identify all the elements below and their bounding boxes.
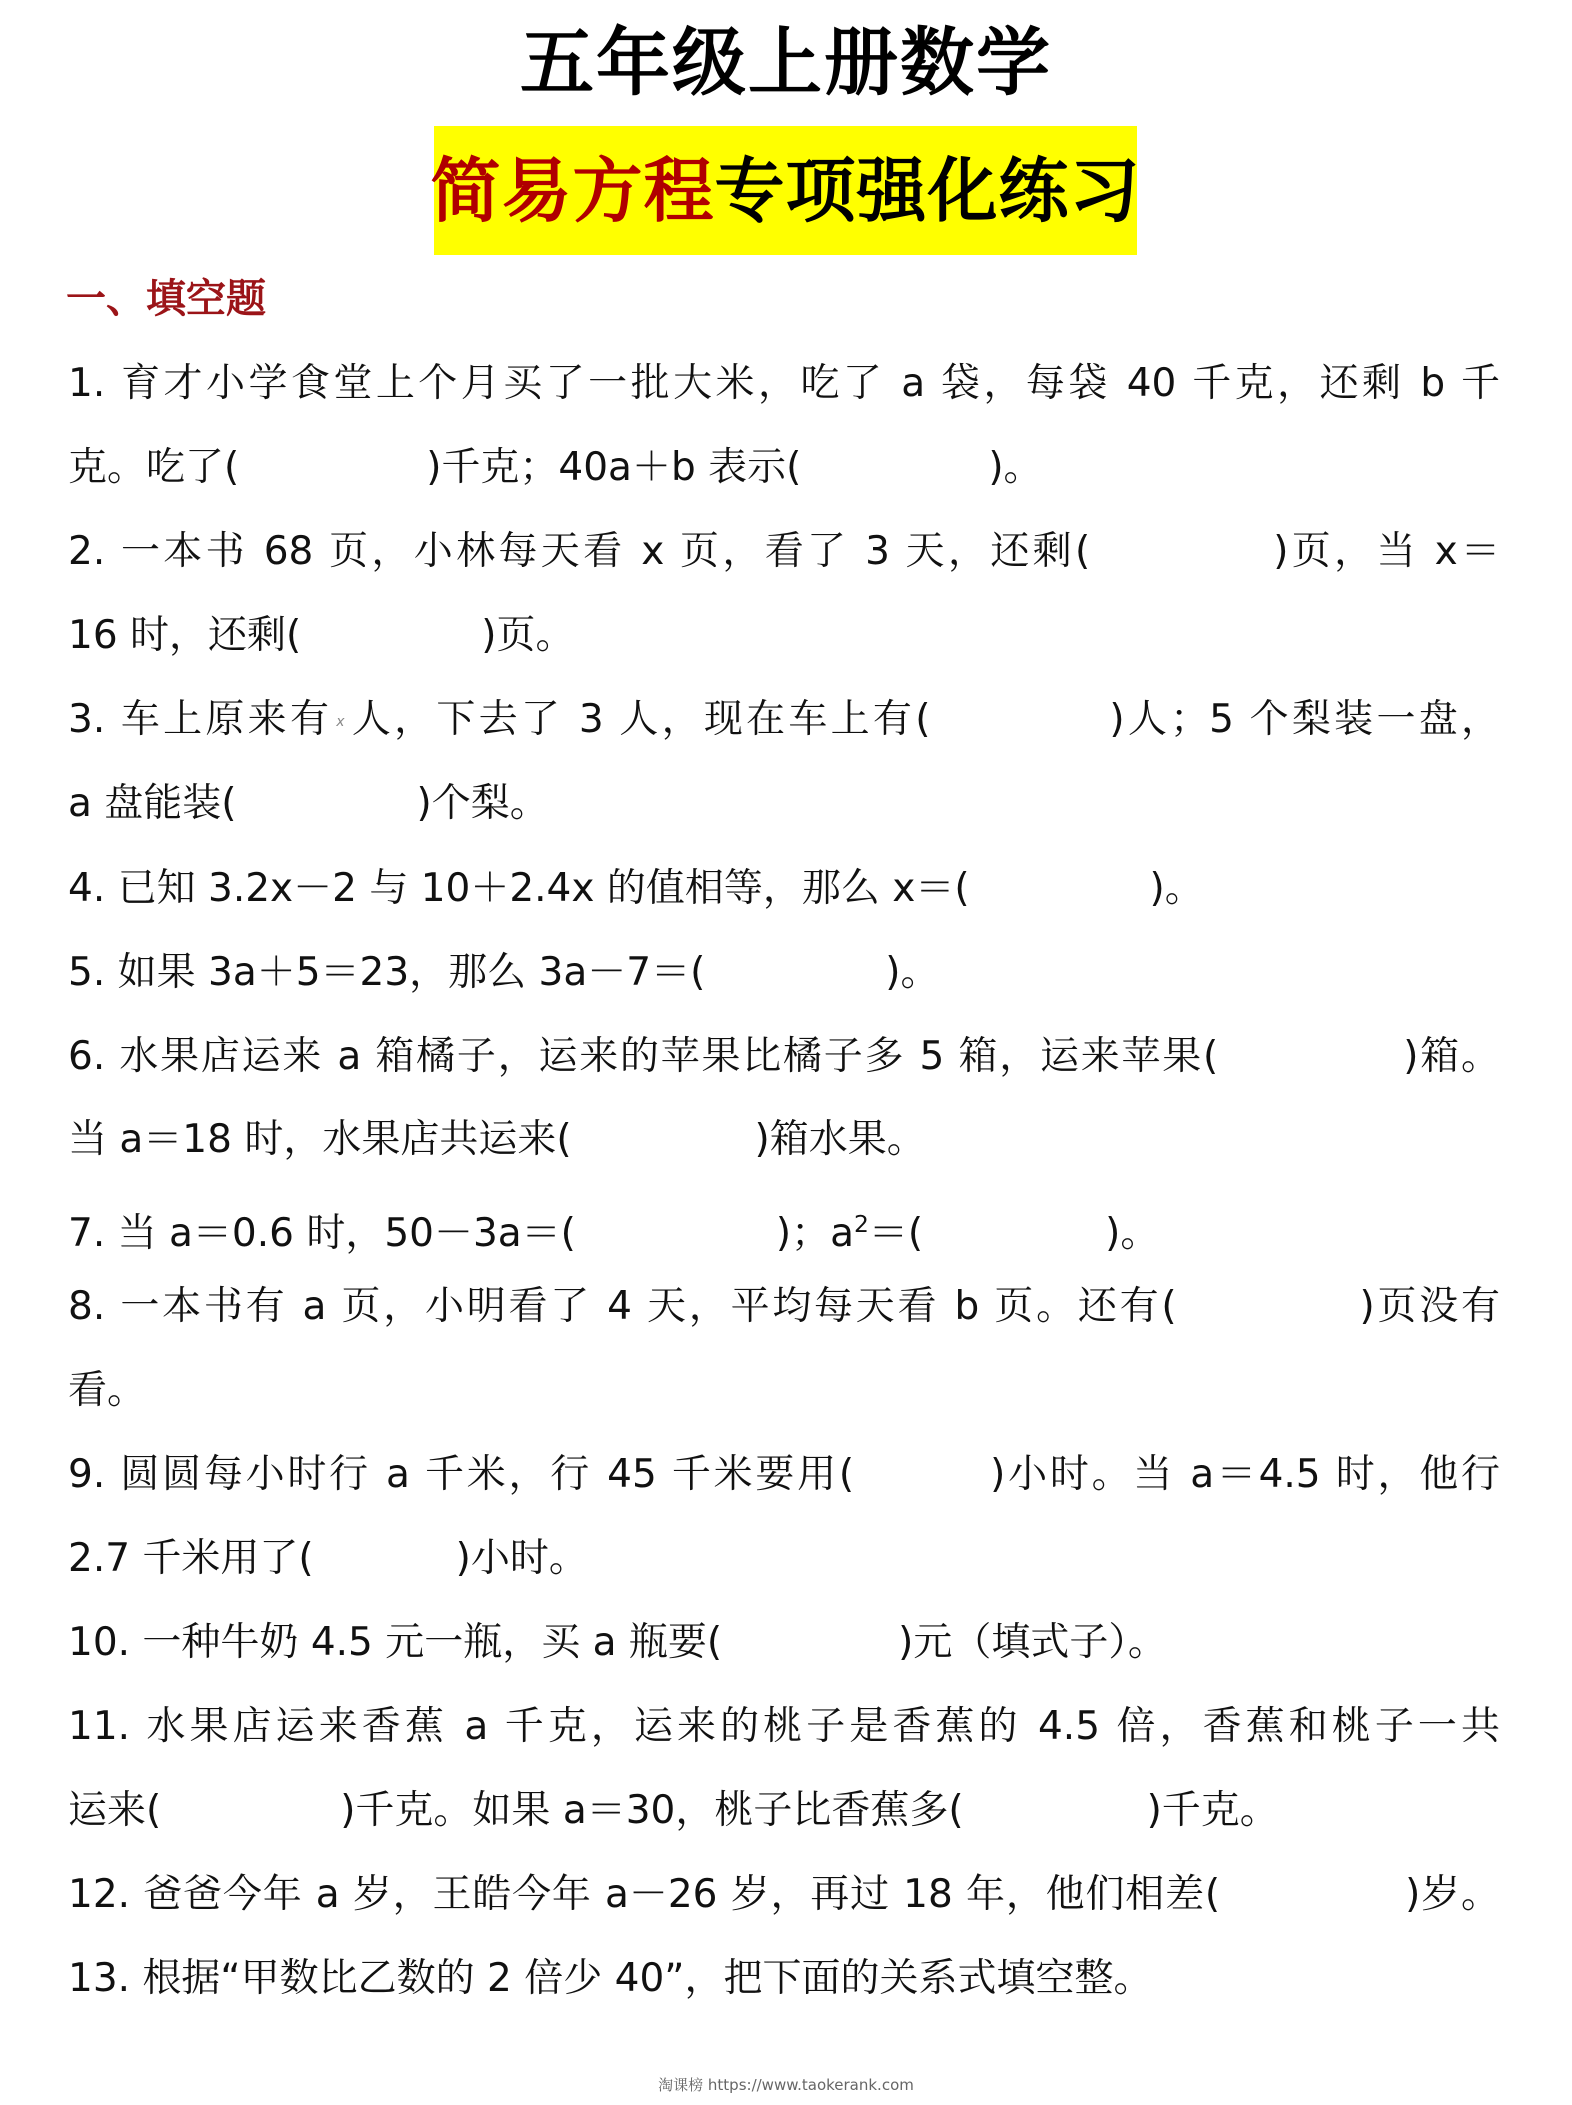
answer-blank[interactable] <box>705 975 885 985</box>
question-text: )千克。如果 a＝30，桃子比香蕉多( <box>340 1788 963 1833</box>
answer-blank[interactable] <box>722 1645 898 1655</box>
question-line: 5. 如果 3a＋5＝23，那么 3a－7＝()。 <box>68 945 1500 1001</box>
answer-blank[interactable] <box>1177 1309 1360 1319</box>
question-text: 6. 水果店运来 a 箱橘子，运来的苹果比橘子多 5 箱，运来苹果( <box>68 1034 1218 1079</box>
question-text: 9. 圆圆每小时行 a 千米，行 45 千米要用( <box>68 1452 854 1497</box>
answer-blank[interactable] <box>239 470 426 480</box>
question-text: ＝( <box>869 1211 923 1256</box>
question-text: 10. 一种牛奶 4.5 元一瓶，买 a 瓶要( <box>68 1620 722 1665</box>
question-text: )。 <box>1105 1211 1159 1256</box>
question-text: )小时。 <box>456 1536 588 1581</box>
question-text: )箱水果。 <box>755 1117 926 1162</box>
question-text: 1. 育才小学食堂上个月买了一批大米，吃了 a 袋，每袋 40 千克，还剩 b … <box>68 361 1500 406</box>
answer-blank[interactable] <box>576 1236 776 1246</box>
question-text: )小时。当 a＝4.5 时，他行 <box>990 1452 1500 1497</box>
question-text: )元（填式子）。 <box>898 1620 1167 1665</box>
question-line: 8. 一本书有 a 页，小明看了 4 天，平均每天看 b 页。还有()页没有 <box>68 1279 1500 1335</box>
answer-blank[interactable] <box>970 891 1150 901</box>
question-text: 当 a＝18 时，水果店共运来( <box>68 1117 572 1162</box>
question-text: 4. 已知 3.2x－2 与 10＋2.4x 的值相等，那么 x＝( <box>68 866 970 911</box>
answer-blank[interactable] <box>923 1236 1105 1246</box>
answer-blank[interactable] <box>801 470 988 480</box>
question-line: 11. 水果店运来香蕉 a 千克，运来的桃子是香蕉的 4.5 倍，香蕉和桃子一共 <box>68 1699 1500 1755</box>
question-line: 克。吃了()千克；40a＋b 表示()。 <box>68 440 1500 496</box>
question-line: 2.7 千米用了()小时。 <box>68 1531 1500 1587</box>
question-line: 运来()千克。如果 a＝30，桃子比香蕉多()千克。 <box>68 1783 1500 1839</box>
answer-blank[interactable] <box>1220 1897 1405 1907</box>
question-text: )千克；40a＋b 表示( <box>426 445 801 490</box>
question-text: 运来( <box>68 1788 161 1833</box>
superscript: 2 <box>854 1210 869 1238</box>
question-line: 看。 <box>68 1363 1500 1419</box>
question-text: 5. 如果 3a＋5＝23，那么 3a－7＝( <box>68 950 705 995</box>
subtitle-rest: 专项强化练习 <box>715 150 1141 232</box>
question-line: 13. 根据“甲数比乙数的 2 倍少 40”，把下面的关系式填空整。 <box>68 1951 1500 2007</box>
question-text: 16 时，还剩( <box>68 613 301 658</box>
answer-blank[interactable] <box>1090 554 1273 564</box>
subtitle-text: 简易方程专项强化练习 <box>431 156 1141 226</box>
question-text: )。 <box>885 950 939 995</box>
section-heading: 一、填空题 <box>66 274 266 324</box>
question-line: 6. 水果店运来 a 箱橘子，运来的苹果比橘子多 5 箱，运来苹果()箱。 <box>68 1029 1500 1085</box>
question-line: 3. 车上原来有x人，下去了 3 人，现在车上有()人；5 个梨装一盘， <box>68 692 1500 750</box>
answer-blank[interactable] <box>161 1813 340 1823</box>
question-text: 13. 根据“甲数比乙数的 2 倍少 40”，把下面的关系式填空整。 <box>68 1956 1152 2001</box>
question-text: a 盘能装( <box>68 781 237 826</box>
question-text: )箱。 <box>1403 1034 1500 1079</box>
question-text: )页没有 <box>1360 1284 1500 1329</box>
subtitle-banner: 简易方程专项强化练习 <box>434 126 1137 255</box>
answer-blank[interactable] <box>314 1561 456 1571</box>
answer-blank[interactable] <box>572 1142 755 1152</box>
question-text: )。 <box>988 445 1042 490</box>
answer-blank[interactable] <box>930 722 1109 732</box>
answer-blank[interactable] <box>854 1477 990 1487</box>
answer-blank[interactable] <box>301 638 481 648</box>
question-text: 3. 车上原来有 <box>68 697 332 742</box>
variable-mark: x <box>336 714 344 730</box>
question-text: 2.7 千米用了( <box>68 1536 314 1581</box>
answer-blank[interactable] <box>1218 1059 1403 1069</box>
question-text: )。 <box>1150 866 1204 911</box>
question-text: )千克。 <box>1147 1788 1279 1833</box>
question-text: 8. 一本书有 a 页，小明看了 4 天，平均每天看 b 页。还有( <box>68 1284 1177 1329</box>
question-line: 16 时，还剩()页。 <box>68 608 1500 664</box>
question-text: 2. 一本书 68 页，小林每天看 x 页，看了 3 天，还剩( <box>68 529 1090 574</box>
question-text: 11. 水果店运来香蕉 a 千克，运来的桃子是香蕉的 4.5 倍，香蕉和桃子一共 <box>68 1704 1500 1749</box>
question-line: 7. 当 a＝0.6 时，50－3a＝()；a2＝()。 <box>68 1196 1500 1262</box>
question-line: 10. 一种牛奶 4.5 元一瓶，买 a 瓶要()元（填式子）。 <box>68 1615 1500 1671</box>
question-text: )岁。 <box>1405 1872 1500 1917</box>
question-line: 4. 已知 3.2x－2 与 10＋2.4x 的值相等，那么 x＝()。 <box>68 861 1500 917</box>
footer-watermark: 淘课榜 https://www.taokerank.com <box>0 2074 1572 2095</box>
question-text: )个梨。 <box>417 781 549 826</box>
question-line: a 盘能装()个梨。 <box>68 776 1500 832</box>
question-text: 看。 <box>68 1368 146 1413</box>
question-line: 当 a＝18 时，水果店共运来()箱水果。 <box>68 1112 1500 1168</box>
question-text: )页。 <box>481 613 574 658</box>
question-text: )；a <box>776 1211 854 1256</box>
question-text: 人，下去了 3 人，现在车上有( <box>349 697 931 742</box>
question-line: 12. 爸爸今年 a 岁，王皓今年 a－26 岁，再过 18 年，他们相差()岁… <box>68 1867 1500 1923</box>
question-line: 2. 一本书 68 页，小林每天看 x 页，看了 3 天，还剩()页，当 x＝ <box>68 524 1500 580</box>
question-text: 12. 爸爸今年 a 岁，王皓今年 a－26 岁，再过 18 年，他们相差( <box>68 1872 1220 1917</box>
question-line: 1. 育才小学食堂上个月买了一批大米，吃了 a 袋，每袋 40 千克，还剩 b … <box>68 356 1500 412</box>
answer-blank[interactable] <box>237 806 417 816</box>
page-title: 五年级上册数学 <box>0 18 1572 108</box>
question-text: 7. 当 a＝0.6 时，50－3a＝( <box>68 1211 576 1256</box>
question-text: 克。吃了( <box>68 445 239 490</box>
subtitle-highlight: 简易方程 <box>431 150 715 232</box>
question-text: )人；5 个梨装一盘， <box>1109 697 1500 742</box>
question-text: )页，当 x＝ <box>1273 529 1500 574</box>
question-line: 9. 圆圆每小时行 a 千米，行 45 千米要用()小时。当 a＝4.5 时，他… <box>68 1447 1500 1503</box>
answer-blank[interactable] <box>964 1813 1147 1823</box>
